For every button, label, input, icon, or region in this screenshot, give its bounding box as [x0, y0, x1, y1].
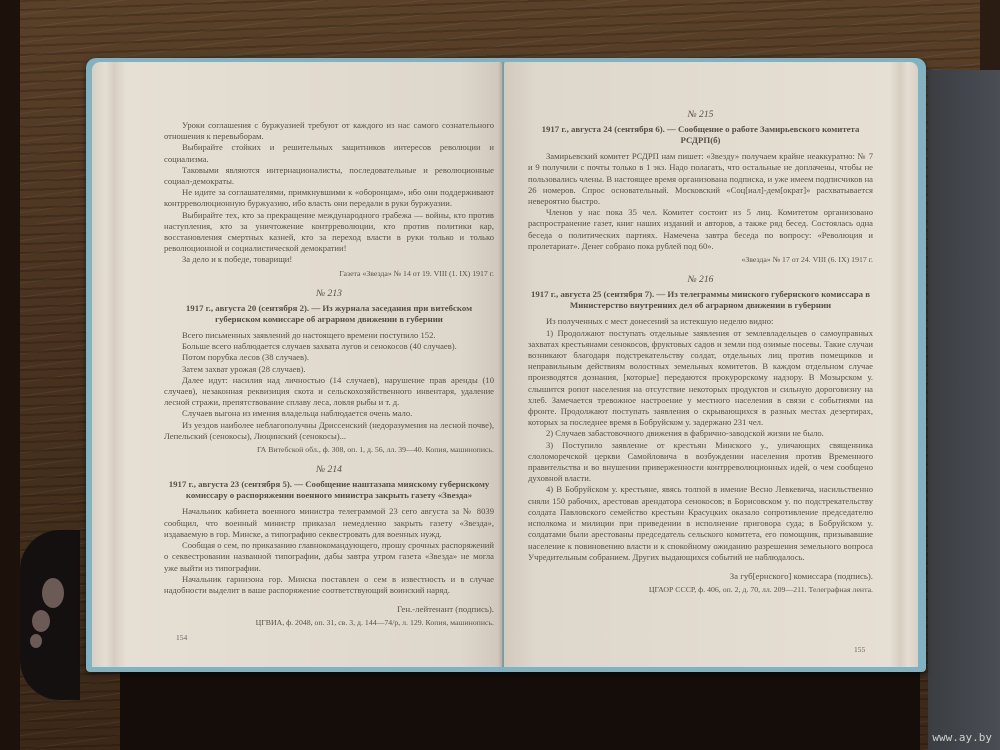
document-number: № 213 — [164, 288, 494, 299]
signature: За губ[ернского] комиссара (подпись). — [528, 571, 873, 582]
paragraph: Потом порубка лесов (38 случаев). — [164, 352, 494, 363]
signature: Ген.-лейтенант (подпись). — [164, 604, 494, 615]
source-citation: ЦГАОР СССР, ф. 406, оп. 2, д. 70, лл. 20… — [528, 584, 873, 595]
watermark: www.ay.by — [932, 731, 992, 744]
left-page-text: Уроки соглашения с буржуазией требуют от… — [164, 120, 494, 631]
page-number: 154 — [176, 632, 187, 643]
right-page: № 215 1917 г., августа 24 (сентября 6). … — [504, 62, 918, 667]
paragraph: Далее идут: насилия над личностью (14 сл… — [164, 375, 494, 409]
right-page-text: № 215 1917 г., августа 24 (сентября 6). … — [528, 100, 873, 597]
source-citation: Газета «Звезда» № 14 от 19. VIII (1. IX)… — [164, 268, 494, 279]
paragraph: Выбирайте тех, кто за прекращение междун… — [164, 210, 494, 255]
paragraph: Выбирайте стойких и решительных защитник… — [164, 142, 494, 164]
sandal-foot — [20, 530, 80, 700]
paragraph: 3) Поступило заявление от крестьян Минск… — [528, 440, 873, 485]
page-number: 155 — [854, 644, 865, 655]
document-heading: 1917 г., августа 20 (сентября 2). — Из ж… — [164, 303, 494, 325]
paragraph: Больше всего наблюдается случаев захвата… — [164, 341, 494, 352]
source-citation: ЦГВИА, ф. 2048, оп. 31, св. 3, д. 144—74… — [164, 617, 494, 628]
paragraph: Всего письменных заявлений до настоящего… — [164, 330, 494, 341]
paragraph: За дело и к победе, товарищи! — [164, 254, 494, 265]
paragraph: Затем захват урожая (28 случаев). — [164, 364, 494, 375]
paragraph: 1) Продолжают поступать отдельные заявле… — [528, 328, 873, 429]
paragraph: Уроки соглашения с буржуазией требуют от… — [164, 120, 494, 142]
background-wall — [928, 70, 1000, 750]
paragraph: Сообщая о сем, по приказанию главнокоман… — [164, 540, 494, 574]
paragraph: Не идите за соглашателями, примкнувшими … — [164, 187, 494, 209]
paragraph: Начальник гарнизона гор. Минска поставле… — [164, 574, 494, 596]
paragraph: Из уездов наиболее неблагополучны Дриссе… — [164, 420, 494, 442]
paragraph: Замирьевский комитет РСДРП нам пишет: «З… — [528, 151, 873, 207]
left-page: Уроки соглашения с буржуазией требуют от… — [92, 62, 502, 667]
background-left-shadow — [0, 0, 22, 750]
paragraph: 2) Случаев забастовочного движения в фаб… — [528, 428, 873, 439]
paragraph: Из полученных с мест донесений за истекш… — [528, 316, 873, 327]
document-heading: 1917 г., августа 24 (сентября 6). — Сооб… — [528, 124, 873, 146]
document-number: № 216 — [528, 274, 873, 285]
document-number: № 215 — [528, 109, 873, 120]
source-citation: «Звезда» № 17 от 24. VIII (6. IX) 1917 г… — [528, 254, 873, 265]
document-heading: 1917 г., августа 25 (сентября 7). — Из т… — [528, 289, 873, 311]
book-shadow — [120, 668, 920, 750]
paragraph: Таковыми являются интернационалисты, пос… — [164, 165, 494, 187]
document-number: № 214 — [164, 464, 494, 475]
paragraph: Случаев выгона из имения владельца наблю… — [164, 408, 494, 419]
document-heading: 1917 г., августа 23 (сентября 5). — Сооб… — [164, 479, 494, 501]
paragraph: Начальник кабинета военного министра тел… — [164, 506, 494, 540]
paragraph: Членов у нас пока 35 чел. Комитет состои… — [528, 207, 873, 252]
paragraph: 4) В Бобруйском у. крестьяне, явясь толп… — [528, 484, 873, 562]
source-citation: ГА Витебской обл., ф. 308, оп. 1, д. 56,… — [164, 444, 494, 455]
